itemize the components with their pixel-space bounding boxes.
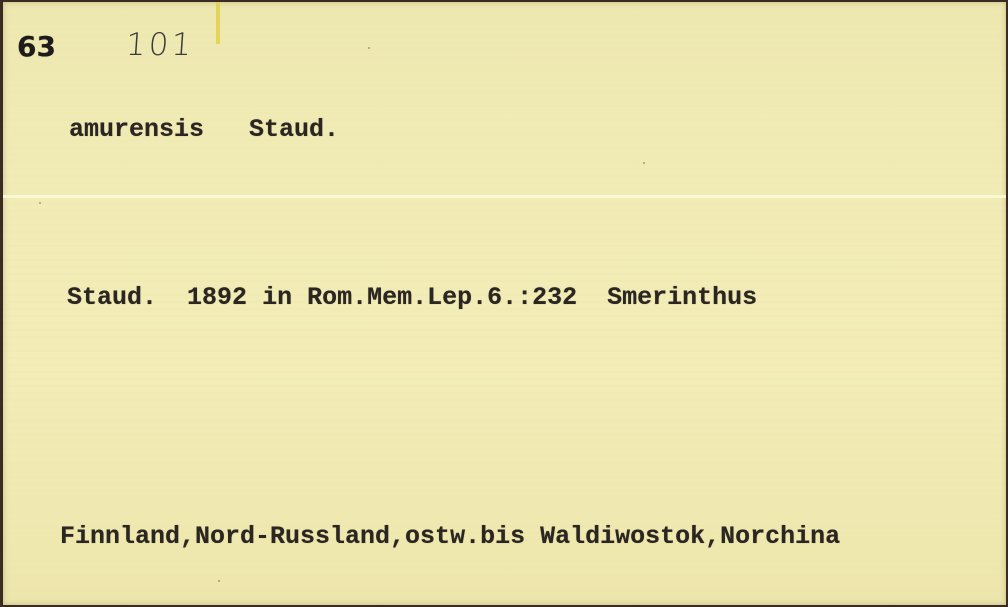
index-card: 63 101 amurensis Staud. Staud. 1892 in R… <box>3 2 1006 605</box>
paper-speck <box>39 202 41 204</box>
yellow-tab-marker <box>216 2 220 44</box>
handwritten-number: 101 <box>125 27 196 63</box>
citation-genus: Smerinthus <box>607 283 757 312</box>
paper-speck <box>218 580 220 582</box>
citation-author: Staud. <box>67 283 157 312</box>
citation-publication: in Rom.Mem.Lep.6.:232 <box>262 283 577 312</box>
species-heading: amurensis Staud. <box>69 115 339 144</box>
paper-speck <box>643 162 645 164</box>
distribution-text: Finnland,Nord-Russland,ostw.bis Waldiwos… <box>60 522 840 551</box>
citation-line: Staud. 1892 in Rom.Mem.Lep.6.:232 Smerin… <box>67 283 757 312</box>
paper-speck <box>368 47 370 49</box>
card-rule-line <box>3 195 1006 198</box>
card-number: 63 <box>17 30 56 63</box>
species-author: Staud. <box>249 115 339 144</box>
species-name: amurensis <box>69 115 204 144</box>
citation-year: 1892 <box>187 283 247 312</box>
